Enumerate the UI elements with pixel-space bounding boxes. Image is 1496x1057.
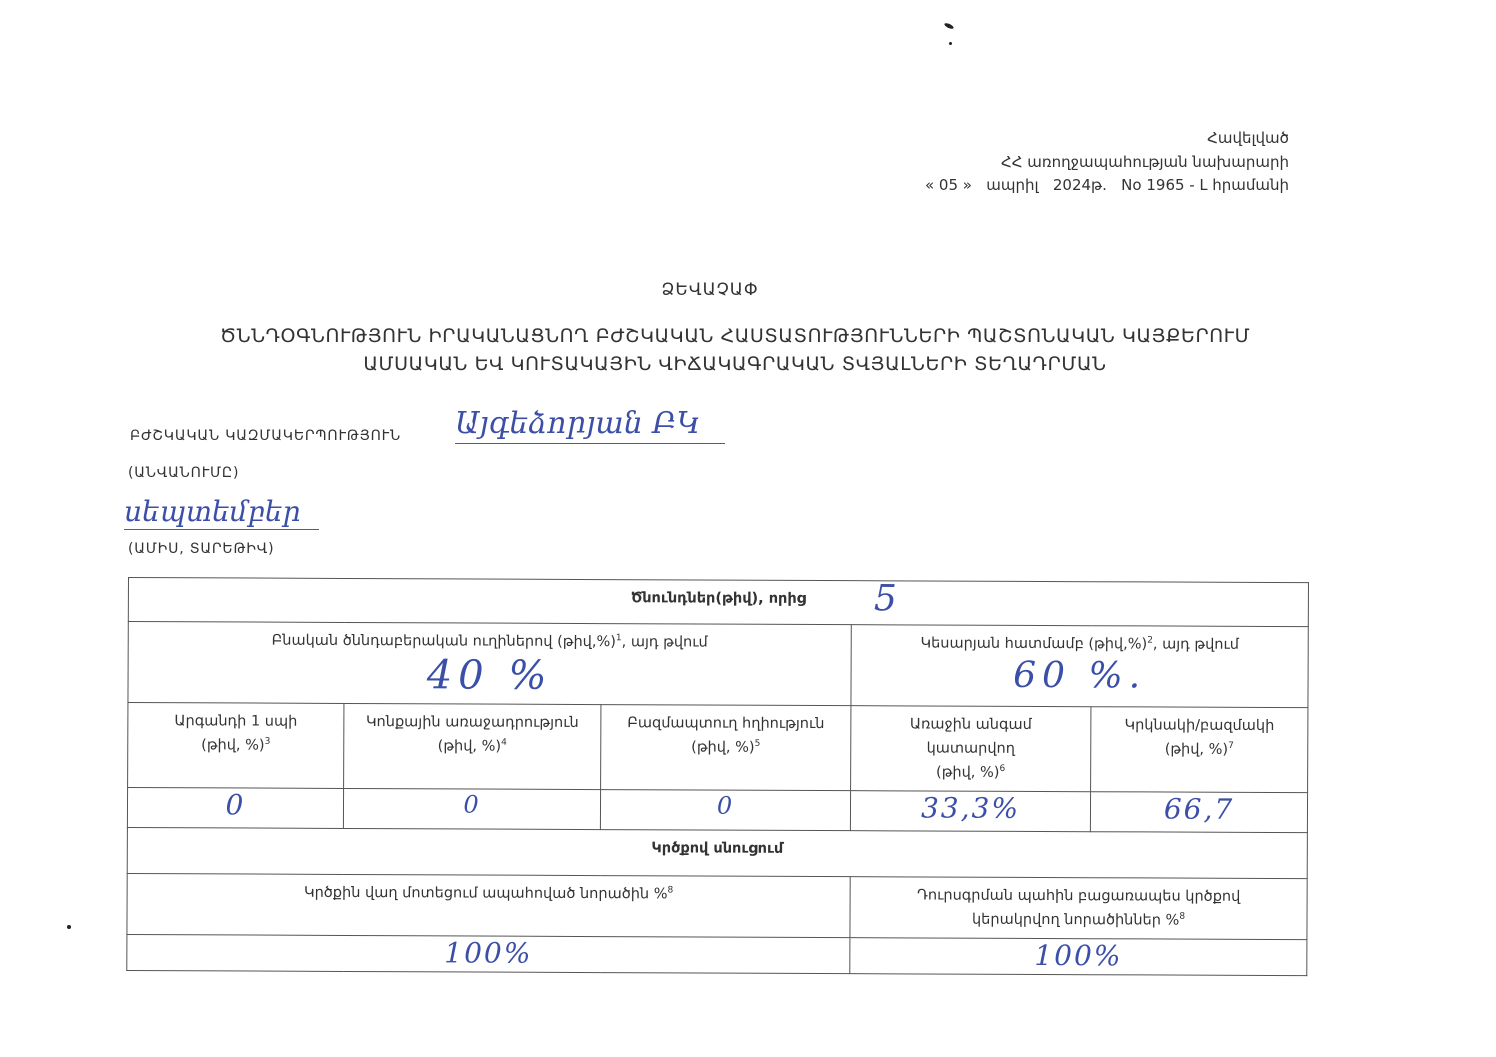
footnote-4: 4 [501, 738, 507, 748]
sub-header-repeat: Կրկնակի/բազմակի (թիվ, %)7 [1091, 707, 1308, 793]
births-label: Ծնունդներ(թիվ), որից [631, 590, 806, 607]
exclusive-bf-value-cell: 100% [850, 938, 1307, 976]
approval-line-2: ՀՀ առողջապահության նախարարի [925, 151, 1289, 175]
period-handwritten-value: սեպտեմբեր [124, 495, 319, 530]
value-multiple: 0 [603, 792, 848, 819]
organization-hint: (ԱՆՎԱՆՈՒՄԸ) [128, 465, 239, 481]
sub-values-row: 0 0 0 33,3% 66,7 [127, 788, 1307, 833]
organization-handwritten-value: Այգեձորյան ԲԿ [455, 405, 725, 444]
approval-line-3: « 05 » ապրիլ 2024թ. No 1965 - Լ հրամանի [925, 174, 1289, 198]
sub-header-prior-scar: Արգանդի 1 սպի (թիվ, %)3 [128, 703, 344, 789]
document-title-line-1: ԾՆՆԴՕԳՆՈՒԹՅՈՒՆ ԻՐԱԿԱՆԱՑՆՈՂ ԲԺՇԿԱԿԱՆ ՀԱՍՏ… [60, 322, 1410, 350]
sub-header-line1: Առաջին անգամ կատարվող [881, 712, 1060, 761]
value-repeat: 66,7 [1093, 794, 1305, 826]
natural-birth-suffix: , այդ թվում [622, 634, 708, 650]
sub-header-line2: (թիվ, %) [1165, 742, 1228, 758]
footnote-3: 3 [265, 737, 271, 747]
value-prior-scar: 0 [130, 790, 341, 822]
breastfeeding-header-cell: Կրծքով սնուցում [127, 827, 1307, 878]
cesarean-cell: Կեսարյան հատմամբ (թիվ,%)2, այդ թվում 60 … [851, 625, 1308, 708]
footnote-8: 8 [1179, 912, 1185, 922]
sub-header-line1: Կրկնակի/բազմակի [1095, 713, 1303, 738]
sub-header-line2: (թիվ, %) [438, 738, 501, 754]
cesarean-label: Կեսարյան հատմամբ (թիվ,%) [920, 635, 1147, 652]
sub-header-line2: (թիվ, %) [201, 737, 264, 753]
natural-birth-cell: Բնական ծննդաբերական ուղիներով (թիվ,%)1, … [128, 622, 851, 706]
footnote-8: 8 [668, 886, 674, 896]
natural-birth-label: Բնական ծննդաբերական ուղիներով (թիվ,%) [272, 633, 616, 651]
organization-label: ԲԺՇԿԱԿԱՆ ԿԱԶՄԱԿԵՐՊՈՒԹՅՈՒՆ [130, 428, 401, 444]
document-title: ԾՆՆԴՕԳՆՈՒԹՅՈՒՆ ԻՐԱԿԱՆԱՑՆՈՂ ԲԺՇԿԱԿԱՆ ՀԱՍՏ… [60, 322, 1410, 378]
early-contact-header-cell: Կրծքին վաղ մոտեցում ապահոված նորածին %8 [127, 873, 850, 937]
sub-header-first-time: Առաջին անգամ կատարվող (թիվ, %)6 [851, 706, 1091, 792]
document-type-label: ՁԵՎԱՉԱՓ [0, 280, 1420, 300]
value-first-time: 33,3% [853, 793, 1088, 825]
cesarean-suffix: , այդ թվում [1153, 636, 1239, 652]
footnote-5: 5 [755, 739, 761, 749]
breastfeeding-label: Կրծքով սնուցում [651, 840, 783, 857]
value-prior-scar-cell: 0 [127, 788, 343, 829]
exclusive-bf-header-cell: Դուրսգրման պահին բացառապես կրծքով կերակր… [850, 877, 1307, 940]
sub-header-line1: Կոնքային առաջադրություն [348, 710, 596, 735]
sub-header-multiple-pregnancy: Բազմապտուղ հղիություն (թիվ, %)5 [601, 705, 851, 791]
value-repeat-cell: 66,7 [1090, 792, 1307, 833]
natural-birth-value: 40 % [132, 652, 846, 699]
cesarean-value: 60 %. [855, 655, 1303, 697]
scan-speck [949, 42, 952, 45]
sub-header-line1: Բազմապտուղ հղիություն [605, 711, 846, 736]
value-breech: 0 [346, 791, 598, 818]
footnote-7: 7 [1228, 741, 1234, 751]
value-first-time-cell: 33,3% [850, 791, 1090, 832]
sub-header-line2: (թիվ, %) [936, 765, 999, 781]
exclusive-bf-label: Դուրսգրման պահին բացառապես կրծքով կերակր… [917, 887, 1240, 928]
births-cell: Ծնունդներ(թիվ), որից 5 [128, 578, 1308, 627]
births-value: 5 [874, 579, 903, 619]
approval-stamp-text: Հավելված ՀՀ առողջապահության նախարարի « 0… [925, 127, 1289, 198]
period-hint: (ԱՄԻՍ, ՏԱՐԵԹԻՎ) [128, 541, 274, 557]
early-contact-value: 100% [129, 937, 847, 971]
footnote-6: 6 [999, 764, 1005, 774]
value-multiple-cell: 0 [600, 790, 850, 831]
document-title-line-2: ԱՄՍԱԿԱՆ ԵՎ ԿՈՒՏԱԿԱՅԻՆ ՎԻՃԱԿԱԳՐԱԿԱՆ ՏՎՅԱԼ… [60, 350, 1410, 378]
value-breech-cell: 0 [343, 788, 600, 829]
sub-header-line1: Արգանդի 1 սպի [132, 709, 339, 734]
scan-speck [944, 22, 955, 30]
statistics-table: Ծնունդներ(թիվ), որից 5 Բնական ծննդաբերակ… [126, 577, 1309, 976]
scan-speck [67, 925, 71, 929]
sub-header-row: Արգանդի 1 սպի (թիվ, %)3 Կոնքային առաջադր… [128, 703, 1308, 793]
sub-header-breech: Կոնքային առաջադրություն (թիվ, %)4 [344, 703, 601, 789]
exclusive-bf-value: 100% [852, 940, 1304, 973]
early-contact-value-cell: 100% [127, 934, 850, 973]
sub-header-line2: (թիվ, %) [691, 739, 754, 755]
early-contact-label: Կրծքին վաղ մոտեցում ապահոված նորածին % [304, 885, 668, 903]
approval-line-1: Հավելված [925, 127, 1289, 151]
